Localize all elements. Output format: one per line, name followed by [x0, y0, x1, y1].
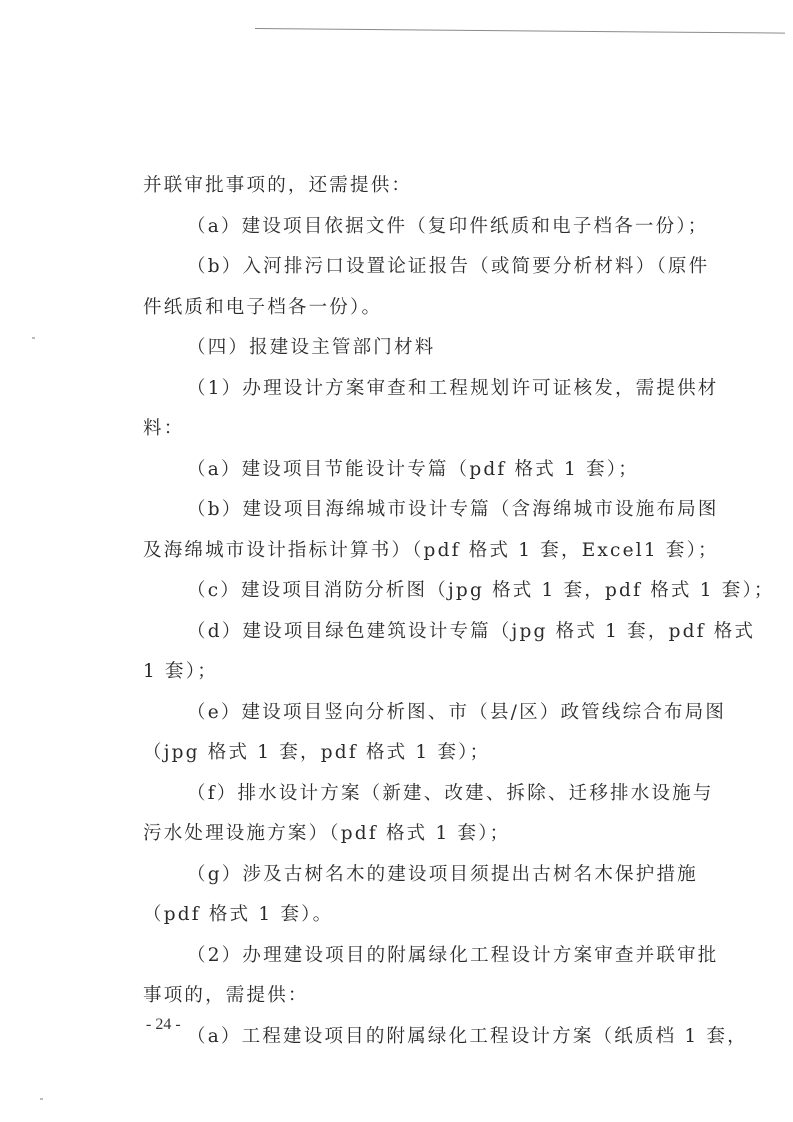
- text-line: （c）建设项目消防分析图（jpg 格式 1 套，pdf 格式 1 套）；: [143, 581, 709, 601]
- text-line: 件纸质和电子档各一份）。: [143, 298, 709, 318]
- text-line: （pdf 格式 1 套）。: [143, 905, 709, 925]
- text-line: （b）建设项目海绵城市设计专篇（含海绵城市设施布局图: [143, 500, 709, 520]
- text-line: （a）工程建设项目的附属绿化工程设计方案（纸质档 1 套，: [143, 1027, 709, 1047]
- text-line: 及海绵城市设计指标计算书）（pdf 格式 1 套，Excel1 套）；: [143, 541, 709, 561]
- scan-speck: [32, 337, 35, 339]
- text-line: （e）建设项目竖向分析图、市（县/区）政管线综合布局图: [143, 703, 709, 723]
- text-line: 1 套）；: [143, 662, 709, 682]
- document-body: 并联审批事项的，还需提供： （a）建设项目依据文件（复印件纸质和电子档各一份）；…: [143, 176, 709, 1067]
- text-line: （1）办理设计方案审查和工程规划许可证核发，需提供材: [143, 379, 709, 399]
- text-line: （a）建设项目依据文件（复印件纸质和电子档各一份）；: [143, 217, 709, 237]
- text-line: （2）办理建设项目的附属绿化工程设计方案审查并联审批: [143, 946, 709, 966]
- section-heading: （四）报建设主管部门材料: [143, 338, 709, 358]
- text-line: （g）涉及古树名木的建设项目须提出古树名木保护措施: [143, 865, 709, 885]
- text-line: 并联审批事项的，还需提供：: [143, 176, 709, 196]
- text-line: （d）建设项目绿色建筑设计专篇（jpg 格式 1 套，pdf 格式: [143, 622, 709, 642]
- header-rule: [255, 28, 785, 34]
- text-line: （f）排水设计方案（新建、改建、拆除、迁移排水设施与: [143, 784, 709, 804]
- text-line: 料：: [143, 419, 709, 439]
- scan-speck: [40, 1098, 43, 1100]
- text-line: （jpg 格式 1 套，pdf 格式 1 套）；: [143, 743, 709, 763]
- text-line: （a）建设项目节能设计专篇（pdf 格式 1 套）；: [143, 460, 709, 480]
- text-line: （b）入河排污口设置论证报告（或简要分析材料）（原件: [143, 257, 709, 277]
- page-number: - 24 -: [146, 1016, 181, 1034]
- text-line: 事项的，需提供：: [143, 986, 709, 1006]
- text-line: 污水处理设施方案）（pdf 格式 1 套）；: [143, 824, 709, 844]
